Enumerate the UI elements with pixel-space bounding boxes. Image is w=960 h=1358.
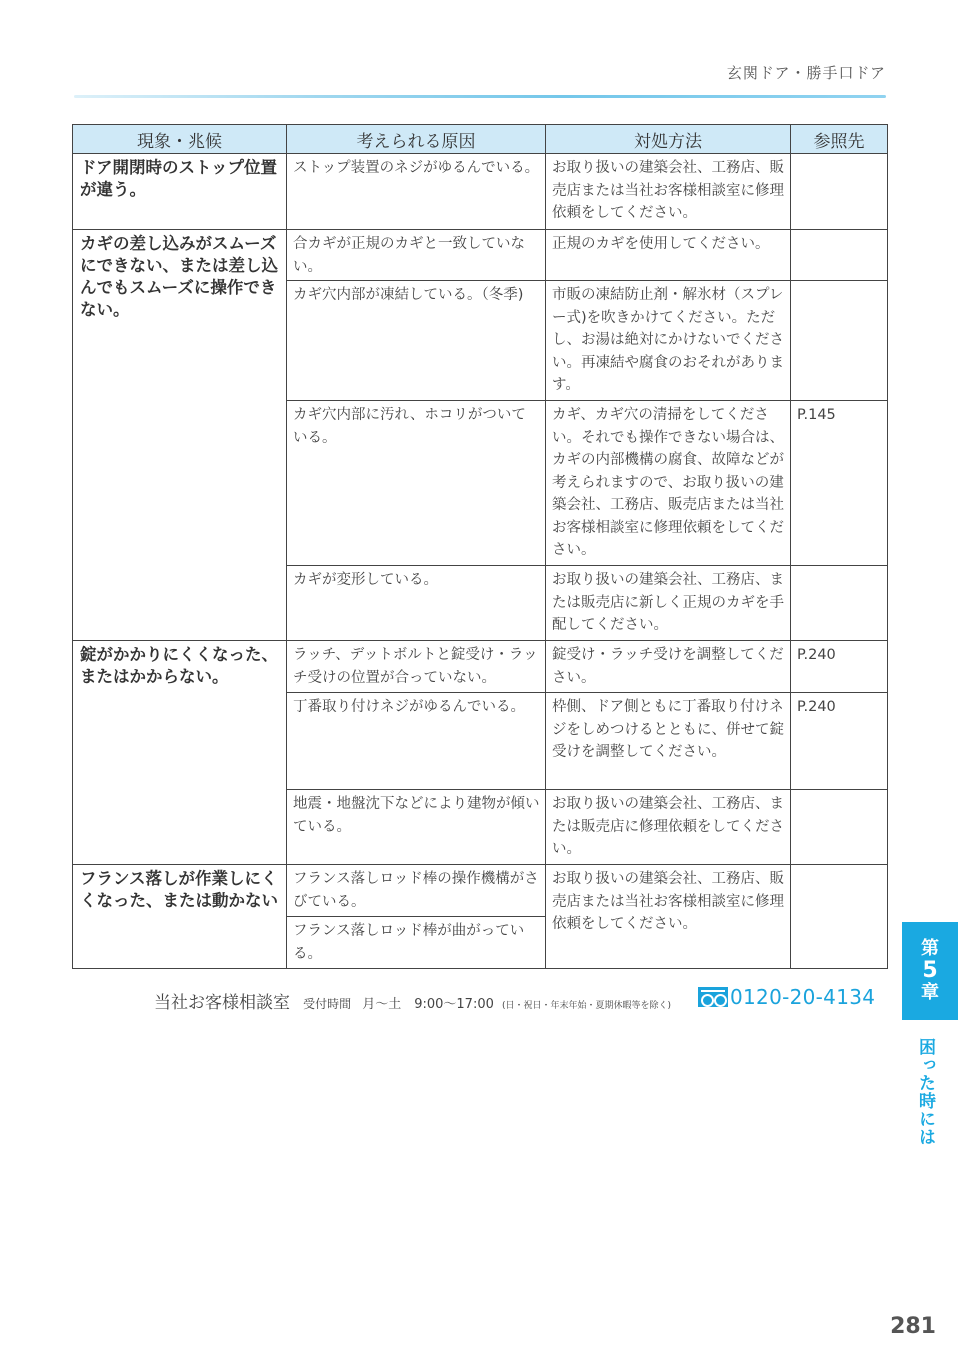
fix-cell: お取り扱いの建築会社、工務店、または販売店に新しく正規のカギを手配してください。 <box>546 566 791 641</box>
cause-cell: ラッチ、デットボルトと錠受け・ラッチ受けの位置が合っていない。 <box>287 641 546 693</box>
cause-cell: フランス落しロッド棒の操作機構がさびている。 <box>287 865 546 917</box>
column-header-fix: 対処方法 <box>546 125 791 154</box>
cause-cell: カギ穴内部に汚れ、ホコリがついている。 <box>287 401 546 566</box>
reference-cell[interactable]: P.145 <box>791 401 888 566</box>
column-header-symptom: 現象・兆候 <box>73 125 287 154</box>
symptom-cell: カギの差し込みがスムーズにできない、または差し込んでもスムーズに操作できない。 <box>73 230 287 641</box>
column-header-reference: 参照先 <box>791 125 888 154</box>
fix-cell: お取り扱いの建築会社、工務店、販売店または当社お客様相談室に修理依頼をしてくださ… <box>546 154 791 230</box>
column-header-cause: 考えられる原因 <box>287 125 546 154</box>
cause-cell: カギが変形している。 <box>287 566 546 641</box>
reference-cell[interactable] <box>791 154 888 230</box>
fix-cell: カギ、カギ穴の清掃をしてください。それでも操作できない場合は、カギの内部機構の腐… <box>546 401 791 566</box>
chapter-title: 困った時には <box>918 1038 938 1146</box>
table-header-row: 現象・兆候 考えられる原因 対処方法 参照先 <box>73 125 888 154</box>
cause-cell: 合カギが正規のカギと一致していない。 <box>287 230 546 281</box>
cause-cell: 地震・地盤沈下などにより建物が傾いている。 <box>287 790 546 865</box>
fix-cell: お取り扱いの建築会社、工務店、または販売店に修理依頼をしてください。 <box>546 790 791 865</box>
reference-cell[interactable]: P.240 <box>791 693 888 790</box>
decorative-divider <box>74 95 886 98</box>
reference-cell[interactable] <box>791 281 888 401</box>
chapter-prefix: 第 <box>921 938 939 960</box>
reference-cell[interactable] <box>791 566 888 641</box>
phone-number-text: 0120-20-4134 <box>730 985 875 1009</box>
support-desk-name: 当社お客様相談室 <box>154 993 290 1013</box>
reference-cell[interactable]: P.240 <box>791 641 888 693</box>
cause-cell: フランス落しロッド棒が曲がっている。 <box>287 917 546 969</box>
fix-cell: お取り扱いの建築会社、工務店、販売店または当社お客様相談室に修理依頼をしてくださ… <box>546 865 791 969</box>
phone-number[interactable]: 0120-20-4134 <box>698 985 875 1009</box>
chapter-suffix: 章 <box>921 982 939 1004</box>
symptom-cell: 錠がかかりにくくなった、またはかからない。 <box>73 641 287 865</box>
fix-cell: 枠側、ドア側ともに丁番取り付けネジをしめつけるとともに、併せて錠受けを調整してく… <box>546 693 791 790</box>
fix-cell: 正規のカギを使用してください。 <box>546 230 791 281</box>
reference-cell[interactable] <box>791 865 888 969</box>
reference-cell[interactable] <box>791 230 888 281</box>
business-hours: 月～土 9:00～17:00 <box>362 997 494 1012</box>
table-row: ドア開閉時のストップ位置が違う。 ストップ装置のネジがゆるんでいる。 お取り扱い… <box>73 154 888 230</box>
table-row: フランス落しが作業しにくくなった、または動かない フランス落しロッド棒の操作機構… <box>73 865 888 917</box>
hours-note: (日・祝日・年末年始・夏期休暇等を除く) <box>502 1001 671 1011</box>
page-number: 281 <box>890 1314 936 1339</box>
fix-cell: 錠受け・ラッチ受けを調整してください。 <box>546 641 791 693</box>
cause-cell: 丁番取り付けネジがゆるんでいる。 <box>287 693 546 790</box>
chapter-tab[interactable]: 第 5 章 <box>902 922 958 1020</box>
symptom-cell: ドア開閉時のストップ位置が違う。 <box>73 154 287 230</box>
chapter-number: 5 <box>922 960 937 982</box>
customer-support-info: 当社お客様相談室 受付時間 月～土 9:00～17:00 (日・祝日・年末年始・… <box>154 988 671 1013</box>
troubleshooting-table: 現象・兆候 考えられる原因 対処方法 参照先 ドア開閉時のストップ位置が違う。 … <box>72 124 888 969</box>
symptom-cell: フランス落しが作業しにくくなった、または動かない <box>73 865 287 969</box>
cause-cell: カギ穴内部が凍結している。（冬季) <box>287 281 546 401</box>
freedial-icon <box>698 987 728 1007</box>
hours-label: 受付時間 <box>303 997 351 1011</box>
section-title: 玄関ドア・勝手口ドア <box>727 62 886 83</box>
reference-cell[interactable] <box>791 790 888 865</box>
cause-cell: ストップ装置のネジがゆるんでいる。 <box>287 154 546 230</box>
table-row: 錠がかかりにくくなった、またはかからない。 ラッチ、デットボルトと錠受け・ラッチ… <box>73 641 888 693</box>
fix-cell: 市販の凍結防止剤・解氷材（スプレー式)を吹きかけてください。ただし、お湯は絶対に… <box>546 281 791 401</box>
table-row: カギの差し込みがスムーズにできない、または差し込んでもスムーズに操作できない。 … <box>73 230 888 281</box>
